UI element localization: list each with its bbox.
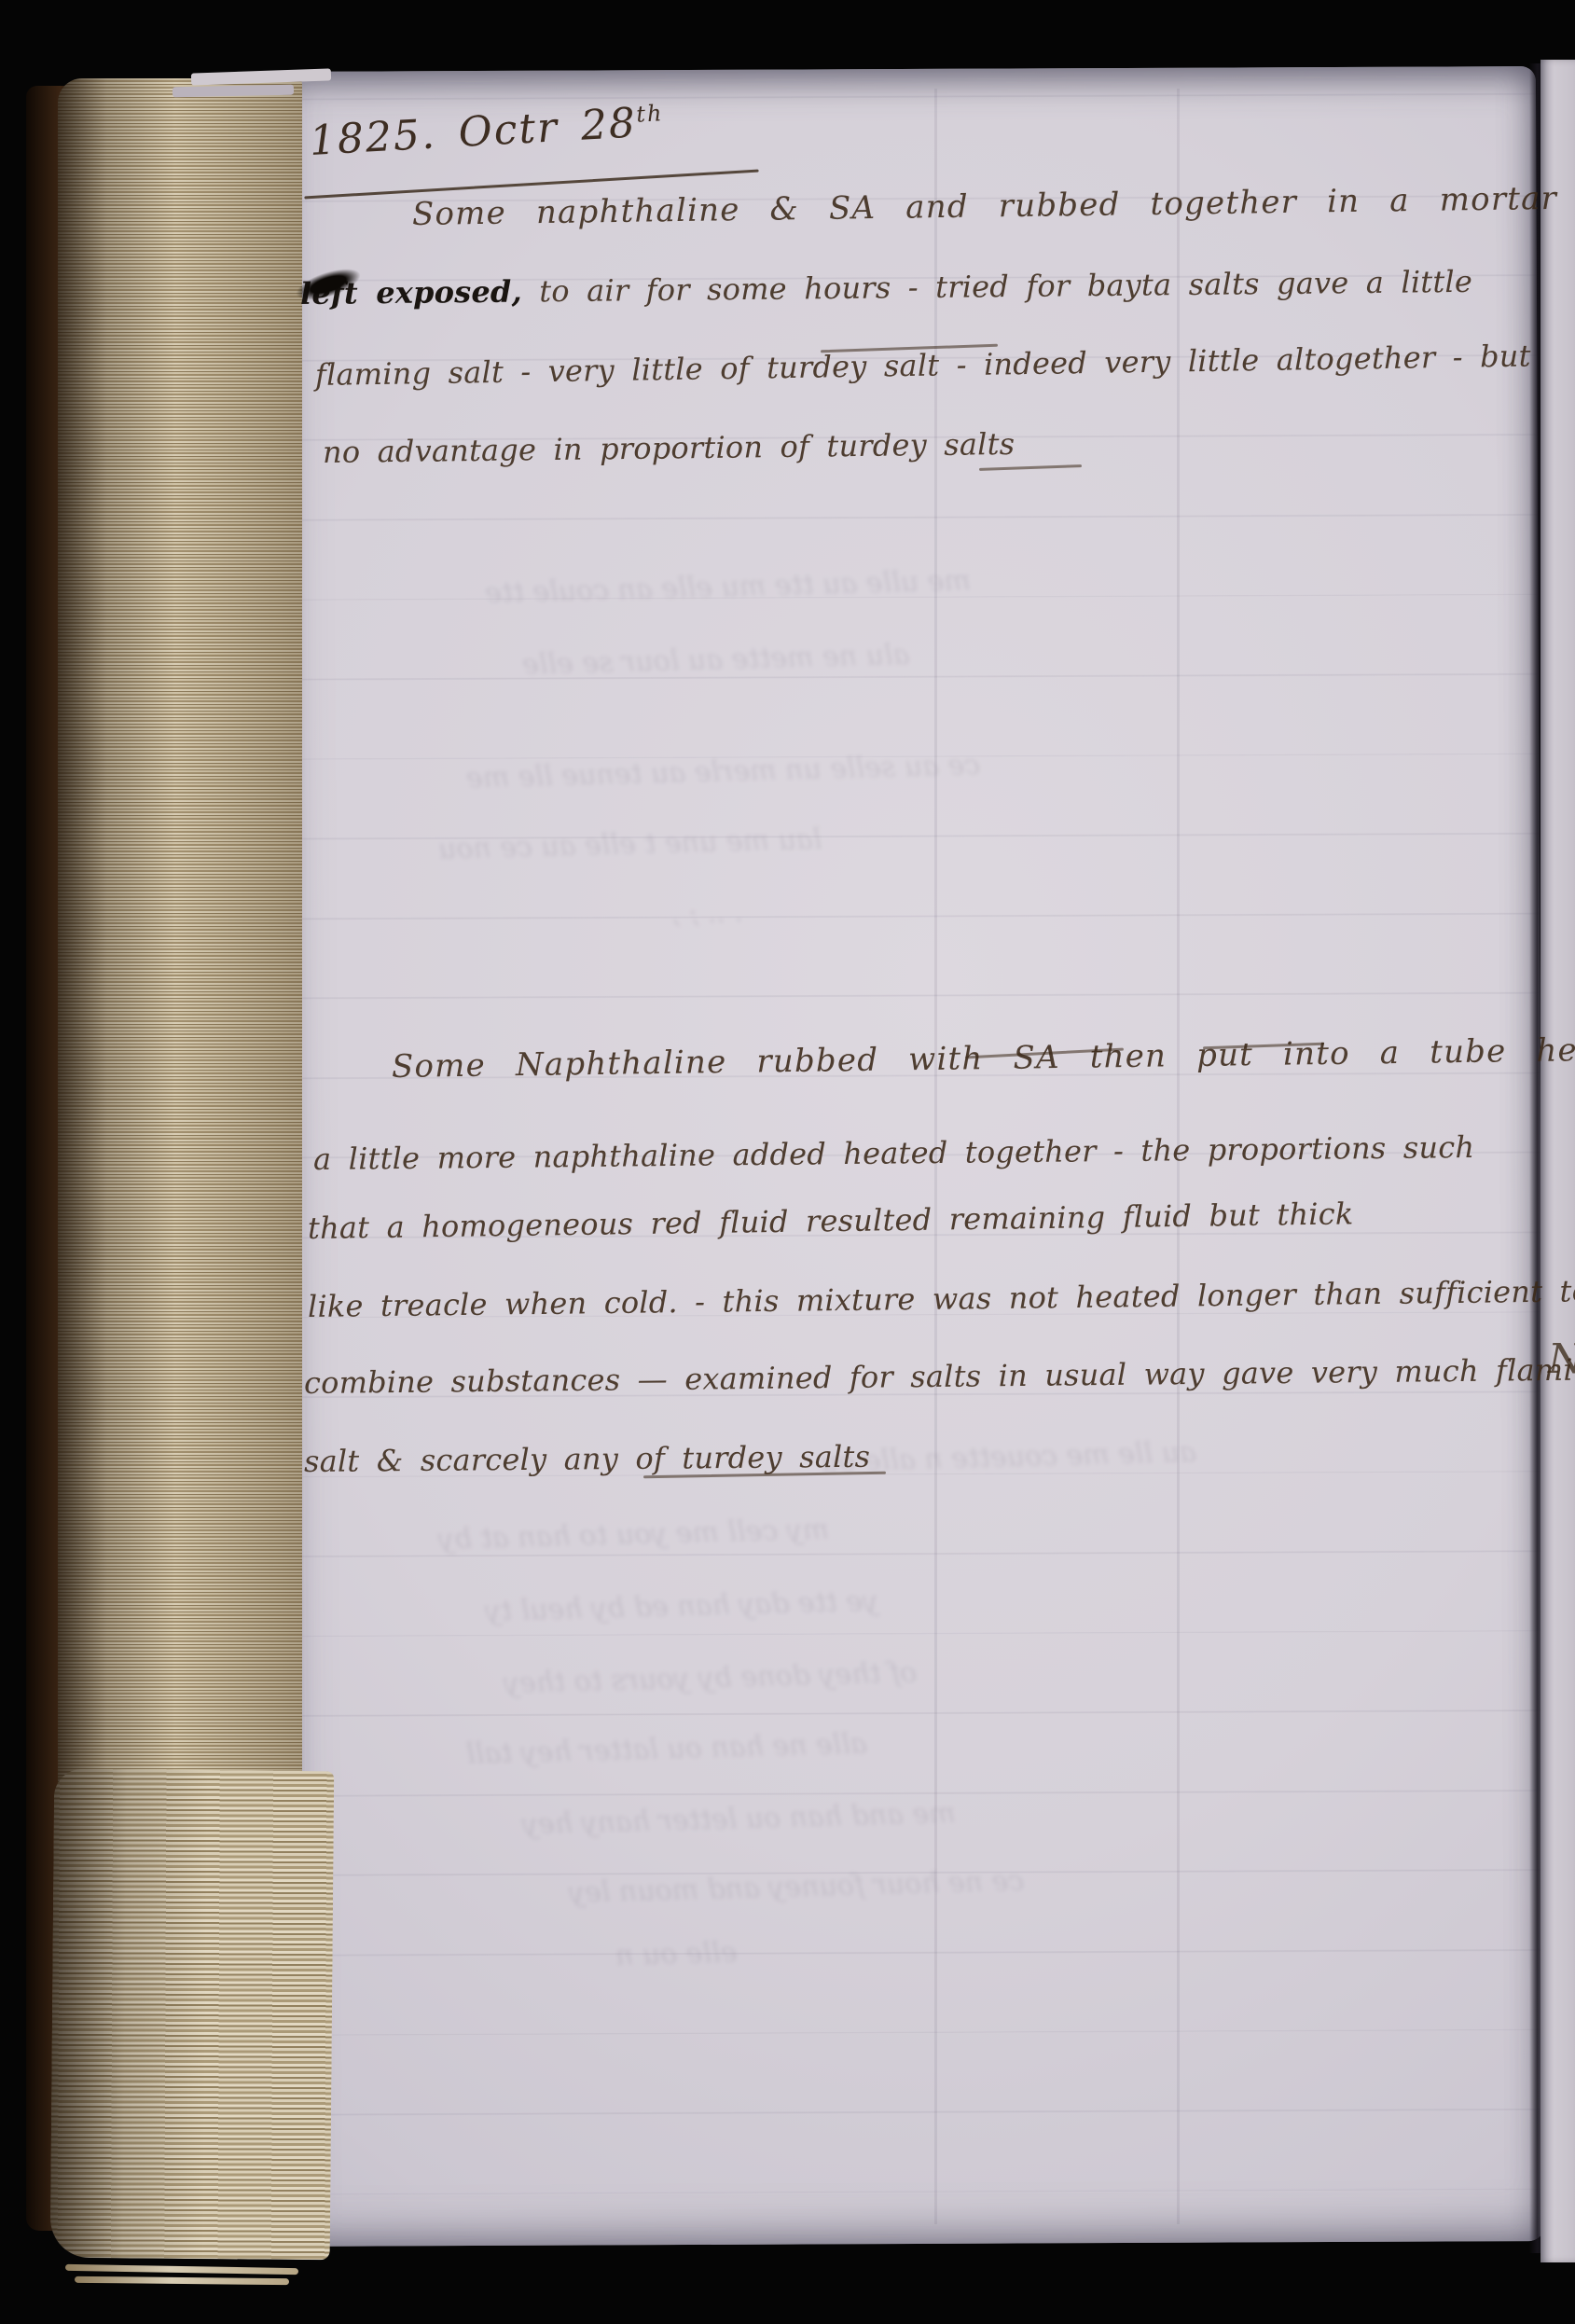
page-edge-stack-bottom <box>50 1769 335 2261</box>
loose-leaf-edge <box>75 2276 289 2285</box>
loose-leaf-edge <box>65 2264 298 2275</box>
showthrough-line: elle ou n <box>615 1936 738 1971</box>
next-page-sliver <box>1540 60 1575 2262</box>
showthrough-line: . .. ; , <box>671 896 744 931</box>
entry-date-ordinal: th <box>636 100 665 128</box>
notebook-photograph: N 1825. Octr 28th Some naphthaline & SA … <box>0 0 1575 2324</box>
